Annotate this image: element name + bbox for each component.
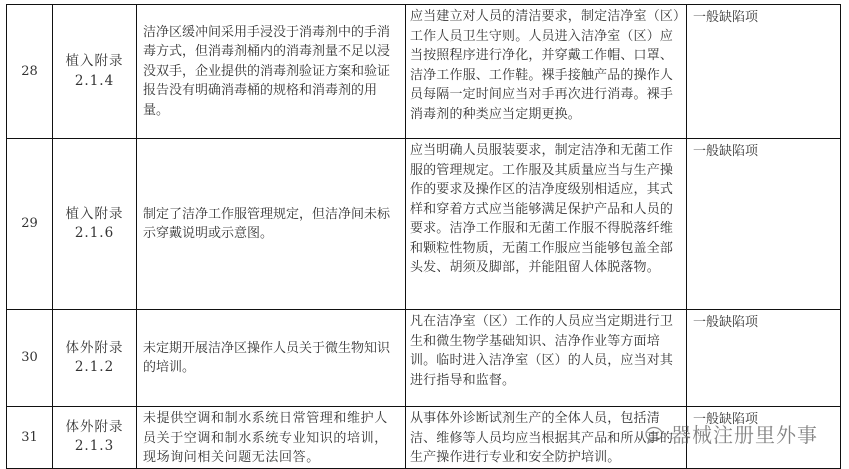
defect-level-cell: 一般缺陷项 xyxy=(687,5,841,139)
defect-level-cell: 一般缺陷项 xyxy=(687,139,841,310)
clause-number: 2.1.2 xyxy=(53,358,136,378)
clause-cell: 体外附录 2.1.3 xyxy=(53,407,137,469)
finding-cell: 洁净区缓冲间采用手浸没于消毒剂中的手消毒方式，但消毒剂桶内的消毒剂量不足以浸没双… xyxy=(137,5,406,139)
table-row: 31 体外附录 2.1.3 未提供空调和制水系统日常管理和维护人员关于空调和制水… xyxy=(7,407,841,469)
row-number: 30 xyxy=(7,310,53,407)
clause-number: 2.1.3 xyxy=(53,437,136,457)
clause-name: 体外附录 xyxy=(53,339,136,359)
row-number: 31 xyxy=(7,407,53,469)
clause-cell: 植入附录 2.1.6 xyxy=(53,139,137,310)
clause-name: 植入附录 xyxy=(53,52,136,72)
finding-cell: 未定期开展洁净区操作人员关于微生物知识的培训。 xyxy=(137,310,406,407)
clause-cell: 体外附录 2.1.2 xyxy=(53,310,137,407)
finding-cell: 未提供空调和制水系统日常管理和维护人员关于空调和制水系统专业知识的培训，现场询问… xyxy=(137,407,406,469)
requirement-cell: 从事体外诊断试剂生产的全体人员，包括清洁、维修等人员均应当根据其产品和所从事的生… xyxy=(406,407,687,469)
row-number: 28 xyxy=(7,5,53,139)
defect-table: 28 植入附录 2.1.4 洁净区缓冲间采用手浸没于消毒剂中的手消毒方式，但消毒… xyxy=(6,4,841,469)
table-row: 29 植入附录 2.1.6 制定了洁净工作服管理规定，但洁净间未标示穿戴说明或示… xyxy=(7,139,841,310)
defect-level-cell: 一般缺陷项 xyxy=(687,407,841,469)
row-number: 29 xyxy=(7,139,53,310)
requirement-cell: 应当明确人员服装要求，制定洁净和无菌工作服的管理规定。工作服及其质量应当与生产操… xyxy=(406,139,687,310)
clause-name: 植入附录 xyxy=(53,205,136,225)
clause-number: 2.1.4 xyxy=(53,72,136,92)
defect-level-cell: 一般缺陷项 xyxy=(687,310,841,407)
table-row: 30 体外附录 2.1.2 未定期开展洁净区操作人员关于微生物知识的培训。 凡在… xyxy=(7,310,841,407)
table-row: 28 植入附录 2.1.4 洁净区缓冲间采用手浸没于消毒剂中的手消毒方式，但消毒… xyxy=(7,5,841,139)
requirement-cell: 应当建立对人员的清洁要求，制定洁净室（区）工作人员卫生守则。人员进入洁净室（区）… xyxy=(406,5,687,139)
finding-cell: 制定了洁净工作服管理规定，但洁净间未标示穿戴说明或示意图。 xyxy=(137,139,406,310)
clause-number: 2.1.6 xyxy=(53,224,136,244)
clause-name: 体外附录 xyxy=(53,418,136,438)
clause-cell: 植入附录 2.1.4 xyxy=(53,5,137,139)
requirement-cell: 凡在洁净室（区）工作的人员应当定期进行卫生和微生物学基础知识、洁净作业等方面培训… xyxy=(406,310,687,407)
